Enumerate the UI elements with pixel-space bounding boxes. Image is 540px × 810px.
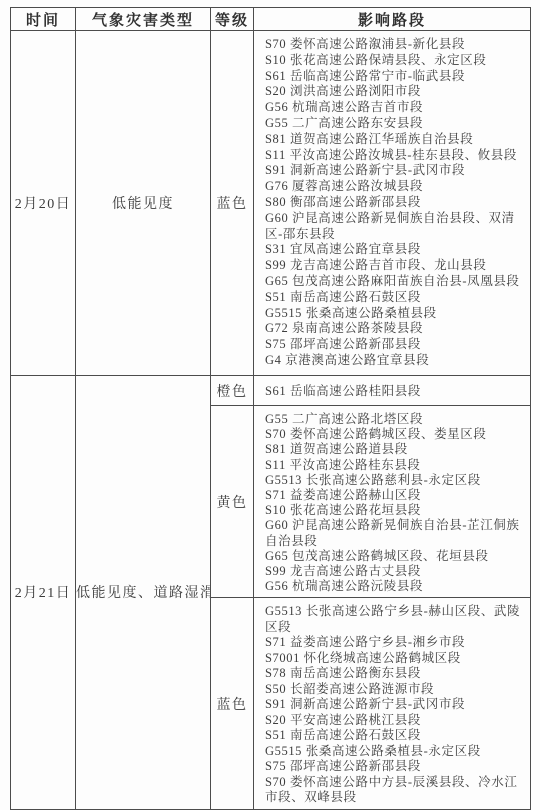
roads-cell: G5513 长张高速公路宁乡县-赫山区段、武陵区段 S71 益娄高速公路宁乡县-… — [254, 598, 531, 810]
road-item: S11 平汝高速公路汝城县-桂东县段、攸县段 — [265, 148, 526, 164]
road-item: S31 宜凤高速公路宜章县段 — [265, 242, 526, 258]
roads-cell: S61 岳临高速公路桂阳县段 — [254, 376, 531, 406]
date-cell: 2月20日 — [11, 31, 76, 376]
road-item: S91 洞新高速公路新宁县-武冈市段 — [265, 163, 526, 179]
road-item: S99 龙吉高速公路古丈县段 — [265, 564, 526, 579]
level-cell-orange: 橙色 — [211, 376, 254, 406]
road-item: G5513 长张高速公路宁乡县-赫山区段、武陵区段 — [265, 604, 526, 635]
level-cell-blue: 蓝色 — [211, 598, 254, 810]
date-cell: 2月21日 — [11, 376, 76, 810]
road-item: G4 京港澳高速公路宜章县段 — [265, 353, 526, 369]
road-item: S75 邵坪高速公路新邵县段 — [265, 337, 526, 353]
road-item: G55 二广高速公路东安县段 — [265, 116, 526, 132]
road-item: S11 平汝高速公路桂东县段 — [265, 458, 526, 473]
road-item: S51 南岳高速公路石鼓区段 — [265, 728, 526, 744]
road-item: S7001 怀化绕城高速公路鹤城区段 — [265, 651, 526, 667]
road-item: G5513 长张高速公路慈利县-永定区段 — [265, 473, 526, 488]
road-item: S51 南岳高速公路石鼓区段 — [265, 290, 526, 306]
level-cell-yellow: 黄色 — [211, 406, 254, 598]
road-item: G76 厦蓉高速公路汝城县段 — [265, 179, 526, 195]
disaster-type-cell: 低能见度、道路湿滑 — [76, 376, 211, 810]
road-item: S70 娄怀高速公路溆浦县-新化县段 — [265, 37, 526, 53]
road-item: S10 张花高速公路花垣县段 — [265, 503, 526, 518]
road-item: S10 张花高速公路保靖县段、永定区段 — [265, 53, 526, 69]
road-item: G65 包茂高速公路鹤城区段、花垣县段 — [265, 549, 526, 564]
road-item: G5515 张桑高速公路桑植县段 — [265, 306, 526, 322]
row-feb21-orange: 2月21日 低能见度、道路湿滑 橙色 S61 岳临高速公路桂阳县段 — [11, 376, 531, 406]
road-item: G5515 张桑高速公路桑植县-永定区段 — [265, 744, 526, 760]
road-item: S91 洞新高速公路新宁县-武冈市段 — [265, 697, 526, 713]
disaster-type-cell: 低能见度 — [76, 31, 211, 376]
road-item: G60 沪昆高速公路新晃侗族自治县段、双清区-邵东县段 — [265, 211, 526, 243]
road-item: S71 益娄高速公路赫山区段 — [265, 488, 526, 503]
road-item: S50 长韶娄高速公路涟源市段 — [265, 682, 526, 698]
road-item: G56 杭瑞高速公路沅陵县段 — [265, 579, 526, 594]
road-item: G72 泉南高速公路茶陵县段 — [265, 321, 526, 337]
roads-cell: S70 娄怀高速公路溆浦县-新化县段 S10 张花高速公路保靖县段、永定区段 S… — [254, 31, 531, 376]
header-row: 时间 气象灾害类型 等级 影响路段 — [11, 8, 531, 31]
roads-cell: G55 二广高速公路北塔区段 S70 娄怀高速公路鹤城区段、娄星区段 S81 道… — [254, 406, 531, 598]
column-header-level: 等级 — [211, 8, 254, 31]
road-item: G55 二广高速公路北塔区段 — [265, 412, 526, 427]
road-item: S61 岳临高速公路桂阳县段 — [265, 383, 526, 399]
road-item: S75 邵坪高速公路新邵县段 — [265, 759, 526, 775]
road-item: S81 道贺高速公路道县段 — [265, 442, 526, 457]
road-item: S71 益娄高速公路宁乡县-湘乡市段 — [265, 635, 526, 651]
column-header-affected-roads: 影响路段 — [254, 8, 531, 31]
road-item: S20 浏洪高速公路浏阳市段 — [265, 84, 526, 100]
road-item: S70 娄怀高速公路中方县-辰溪县段、冷水江市段、双峰县段 — [265, 775, 526, 806]
road-item: S78 南岳高速公路衡东县段 — [265, 666, 526, 682]
road-item: S20 平安高速公路桃江县段 — [265, 713, 526, 729]
road-item: S70 娄怀高速公路鹤城区段、娄星区段 — [265, 427, 526, 442]
road-item: S99 龙吉高速公路吉首市段、龙山县段 — [265, 258, 526, 274]
road-item: G60 沪昆高速公路新晃侗族自治县-芷江侗族自治县段 — [265, 518, 526, 548]
road-item: S80 衡邵高速公路新邵县段 — [265, 195, 526, 211]
column-header-time: 时间 — [11, 8, 76, 31]
column-header-disaster-type: 气象灾害类型 — [76, 8, 211, 31]
row-feb20: 2月20日 低能见度 蓝色 S70 娄怀高速公路溆浦县-新化县段 S10 张花高… — [11, 31, 531, 376]
road-item: S61 岳临高速公路常宁市-临武县段 — [265, 69, 526, 85]
road-item: S81 道贺高速公路江华瑶族自治县段 — [265, 132, 526, 148]
road-item: G56 杭瑞高速公路吉首市段 — [265, 100, 526, 116]
weather-alert-table: 时间 气象灾害类型 等级 影响路段 2月20日 低能见度 蓝色 S70 娄怀高速… — [10, 7, 531, 810]
level-cell-blue: 蓝色 — [211, 31, 254, 376]
road-item: G65 包茂高速公路麻阳苗族自治县-凤凰县段 — [265, 274, 526, 290]
